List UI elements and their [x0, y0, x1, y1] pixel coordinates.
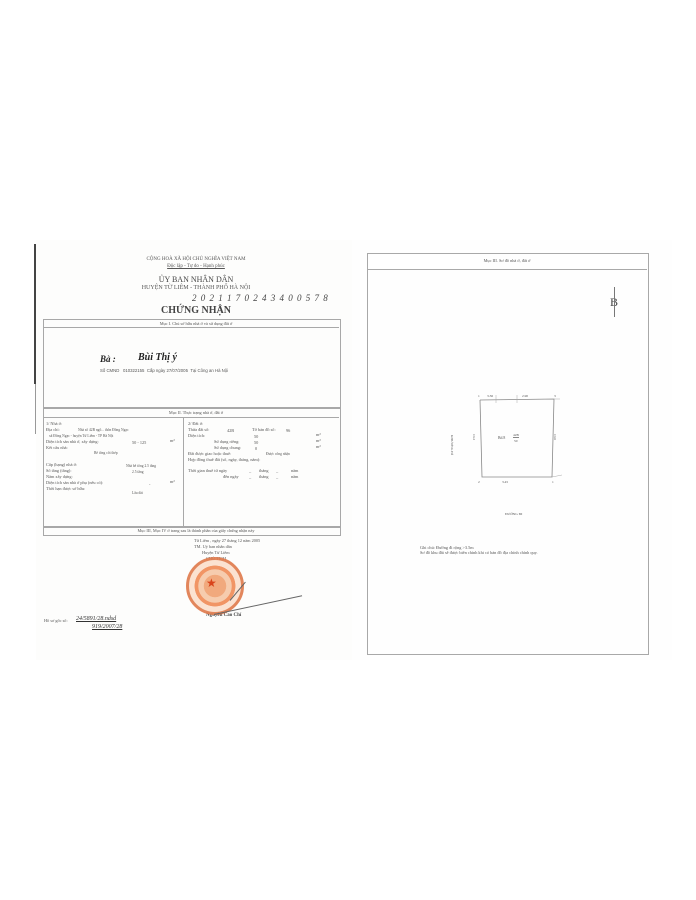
street-bottom-label: ĐƯỜNG ĐI [505, 512, 522, 516]
dim-right: 10.6 [553, 434, 557, 440]
serial-number: 2 0 2 1 1 7 0 2 4 3 4 0 0 5 7 8 [192, 293, 329, 303]
house-area: 50 - 125 [132, 440, 146, 445]
signatory-org: TM. Uỷ ban nhân dân [194, 544, 232, 549]
plot-diagram [472, 395, 562, 495]
dim-top-2: 2.90 [522, 394, 528, 398]
id-number: 010322155 [123, 368, 145, 373]
dim-top-1: 3.36 [487, 394, 493, 398]
plot-code: Bd.8 [498, 436, 505, 440]
national-header: CỘNG HOÀ XÃ HỘI CHỦ NGHĨA VIỆT NAM [36, 257, 356, 262]
footer-note: Mục III, Mục IV ở trang sau là thành phầ… [36, 528, 356, 533]
house-structure: Bê tông cốt thép [94, 451, 118, 455]
registry-label: Hồ sơ gốc số: [44, 618, 68, 623]
owner-prefix: Bà : [100, 354, 116, 364]
house-title: 1/ Nhà ở: [46, 421, 62, 426]
land-area: 50 [254, 434, 258, 439]
certificate-back-page: Mục III. Sơ đồ nhà ở, đất ở B 1 3.36 2.9… [352, 240, 672, 660]
issue-place: Công an Hà Nội [198, 368, 229, 373]
common-area: 0 [255, 446, 257, 451]
diagram-note-2: Sơ đồ khu đất sẽ được biến chỉnh khi có … [420, 550, 538, 555]
street-left-label: KHƯƠNG ĐÌ [450, 435, 454, 455]
authority-title: ỦY BAN NHÂN DÂN [36, 275, 356, 284]
plot-number: 42B [227, 428, 234, 433]
private-area: 50 [254, 440, 258, 445]
registry-number-2: 919/2007/28 [92, 624, 122, 630]
id-label: Số CMND [100, 368, 119, 373]
map-number: 96 [286, 428, 290, 433]
dim-left: 10.2 [472, 434, 476, 440]
place-date: Từ Liêm , ngày 27 tháng 12 năm 2005 [194, 538, 260, 543]
house-grade: Nhà bê tông 2.5 tầng [126, 464, 156, 468]
issue-date: 27/07/2005 [166, 368, 188, 373]
north-arrow-icon [614, 287, 615, 317]
national-motto: Độc lập - Tự do - Hạnh phúc [36, 264, 356, 269]
land-title: 2/ Đất ở: [188, 421, 203, 426]
dim-bottom: 3.45 [502, 480, 508, 484]
plot-area-label: 50 [514, 439, 518, 443]
district-title: HUYỆN TỪ LIÊM - THÀNH PHỐ HÀ NỘI [36, 285, 356, 291]
seal-star-icon: ★ [206, 576, 217, 591]
house-duration: Lâu dài [132, 491, 143, 495]
registry-number: 24/5891/28.ndsd [76, 616, 116, 622]
section-owner [43, 319, 341, 409]
land-origin: Được công nhận [266, 452, 290, 456]
diagram-header: Mục III. Sơ đồ nhà ở, đất ở [347, 258, 667, 263]
house-floors: 2.5 tầng [132, 470, 144, 474]
plot-number-label: 42B [513, 433, 519, 438]
house-address: Nhà số 42B ngõ... thôn Đông Ngạc [78, 428, 129, 432]
section-owner-header: Mục I. Chủ sở hữu nhà ở và sử dụng đất ở [36, 321, 356, 326]
owner-name: Bùi Thị ý [138, 352, 177, 363]
document-title: CHỨNG NHẬN [36, 305, 356, 316]
section-property-header: Mục II. Thực trạng nhà ở, đất ở [36, 410, 356, 415]
